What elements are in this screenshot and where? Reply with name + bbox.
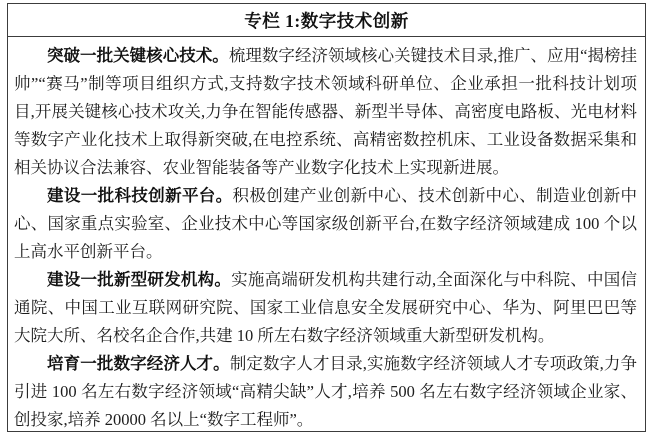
paragraph-lead: 建设一批科技创新平台。 (47, 186, 233, 205)
paragraph-innovation-platforms: 建设一批科技创新平台。积极创建产业创新中心、技术创新中心、制造业创新中心、国家重… (14, 182, 637, 266)
paragraph-lead: 突破一批关键核心技术。 (47, 46, 229, 65)
document-page: 专栏 1:数字技术创新 突破一批关键核心技术。梳理数字经济领域核心关键技术目录,… (0, 0, 654, 445)
paragraph-key-tech: 突破一批关键核心技术。梳理数字经济领域核心关键技术目录,推广、应用“揭榜挂帅”“… (14, 42, 637, 182)
paragraph-text: 梳理数字经济领域核心关键技术目录,推广、应用“揭榜挂帅”“赛马”制等项目组织方式… (14, 46, 637, 177)
box-body: 突破一批关键核心技术。梳理数字经济领域核心关键技术目录,推广、应用“揭榜挂帅”“… (8, 37, 645, 434)
callout-box: 专栏 1:数字技术创新 突破一批关键核心技术。梳理数字经济领域核心关键技术目录,… (7, 3, 646, 432)
box-title: 专栏 1:数字技术创新 (244, 8, 408, 33)
box-header: 专栏 1:数字技术创新 (8, 4, 645, 37)
paragraph-lead: 培育一批数字经济人才。 (47, 354, 230, 373)
paragraph-talent: 培育一批数字经济人才。制定数字人才目录,实施数字经济领域人才专项政策,力争引进 … (14, 350, 637, 434)
paragraph-lead: 建设一批新型研发机构。 (47, 270, 231, 289)
paragraph-rd-institutions: 建设一批新型研发机构。实施高端研发机构共建行动,全面深化与中科院、中国信通院、中… (14, 266, 637, 350)
